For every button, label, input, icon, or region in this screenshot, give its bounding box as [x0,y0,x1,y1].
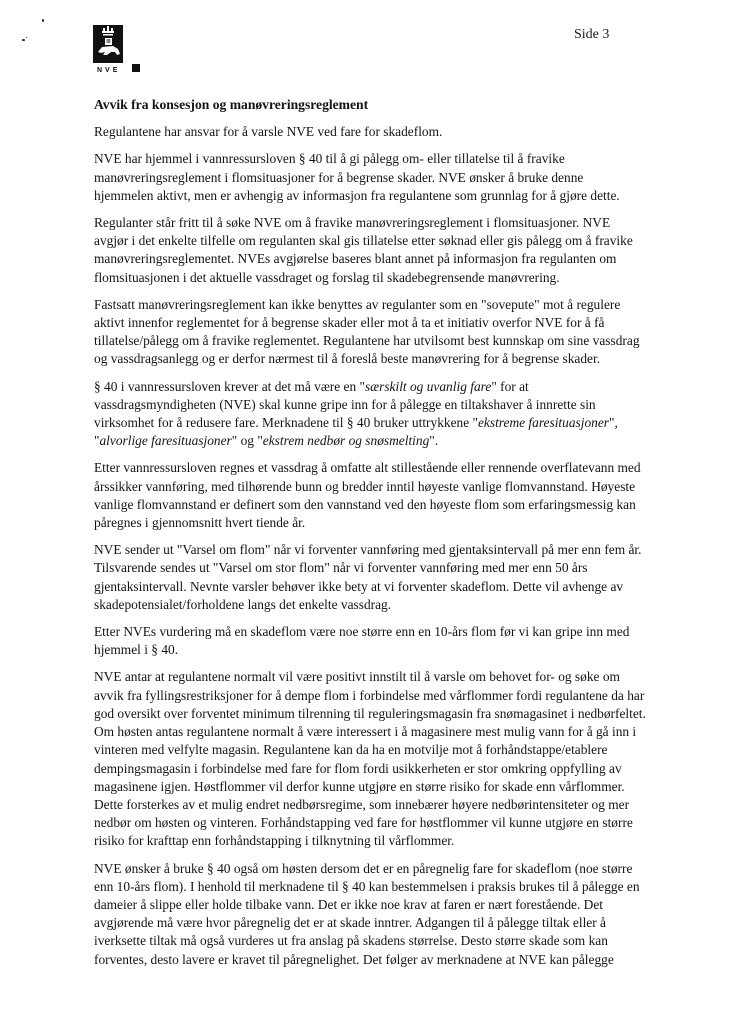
text-line: dempingsmagasin i forbindelse med fare f… [94,760,694,778]
text-line: god oversikt over forventet minimum tilr… [94,705,694,723]
scan-speck [26,37,27,38]
paragraph: Regulantene har ansvar for å varsle NVE … [94,123,694,141]
text-line: "alvorlige faresituasjoner" og "ekstrem … [94,432,694,450]
logo-text: NVE [97,67,120,74]
text-line: NVE ønsker å bruke § 40 også om høsten d… [94,860,694,878]
text-line: § 40 i vannressursloven krever at det må… [94,378,694,396]
text-line: Regulantene har ansvar for å varsle NVE … [94,123,694,141]
text-line: vinteren med velfylte magasin. Regulante… [94,741,694,759]
paragraph: Etter vannressursloven regnes et vassdra… [94,459,694,532]
text-line: vassdragsmyndigheten (NVE) skal kunne gr… [94,396,694,414]
section-heading: Avvik fra konsesjon og manøvreringsregle… [94,96,694,114]
text: ". [429,433,438,448]
text-line: skadepotensialet/forholdene langs det en… [94,596,694,614]
text-line: NVE antar at regulantene normalt vil vær… [94,668,694,686]
text-line: påregnes i gjennomsnitt hvert tiende år. [94,514,694,532]
text-line: NVE har hjemmel i vannressursloven § 40 … [94,150,694,168]
text-line: dameier å slippe eller holde tilbake van… [94,896,694,914]
text-line: Om høsten antas regulantene normalt å væ… [94,723,694,741]
paragraph: Regulanter står fritt til å søke NVE om … [94,214,694,287]
paragraph-section-40: § 40 i vannressursloven krever at det må… [94,378,694,451]
text-line: Etter NVEs vurdering må en skadeflom vær… [94,623,694,641]
text: ", [609,415,618,430]
text-line: NVE sender ut "Varsel om flom" når vi fo… [94,541,694,559]
page-number: Side 3 [574,27,609,43]
text-line: årssikker vannføring, med tilhørende bun… [94,478,694,496]
text-line: hjemmel i § 40. [94,641,694,659]
text-line: forventes, desto lavere er kravet til på… [94,951,694,969]
text-line: Etter vannressursloven regnes et vassdra… [94,459,694,477]
text-line: gjentaksintervall. Nevnte varsler behøve… [94,578,694,596]
text-line: Tilsvarende sendes ut "Varsel om stor fl… [94,559,694,577]
italic-quote: ekstrem nedbør og snøsmelting [263,433,430,448]
paragraph: Fastsatt manøvreringsreglement kan ikke … [94,296,694,369]
text-line: nedbør om høsten og vinteren. Forhåndsta… [94,814,694,832]
paragraph: NVE sender ut "Varsel om flom" når vi fo… [94,541,694,614]
text-line: vanlige flomvannstand er definert som de… [94,496,694,514]
text-line: magasinene igjen. Høstflommer vil derfor… [94,778,694,796]
text-line: avgjør i det enkelte tilfelle om regulan… [94,232,694,250]
logo-square-icon [132,64,140,72]
text-line: risiko for krafttap enn forhåndstapping … [94,832,694,850]
text: " for at [491,379,528,394]
text-line: enn 10-års flom). I henhold til merknade… [94,878,694,896]
text-line: tillatelse/pålegg om å fravike reglement… [94,332,694,350]
text: virksomhet for å redusere fare. Merknade… [94,415,478,430]
paragraph: NVE har hjemmel i vannressursloven § 40 … [94,150,694,205]
text-line: hjemmelen aktivt, men er avhengig av inf… [94,187,694,205]
text-line: Dette forsterkes av et mulig endret nedb… [94,796,694,814]
paragraph: NVE antar at regulantene normalt vil vær… [94,668,694,850]
scan-speck [22,39,25,41]
text-line: og vassdragsanlegg og er derfor nærmest … [94,350,694,368]
text-line: flomsituasjonen i det aktuelle vassdrage… [94,269,694,287]
paragraph: NVE ønsker å bruke § 40 også om høsten d… [94,860,694,969]
nve-logo-icon [93,25,123,63]
text: § 40 i vannressursloven krever at det må… [94,379,365,394]
italic-quote: alvorlige faresituasjoner [99,433,231,448]
text-line: manøvreringsreglementet. NVEs avgjørelse… [94,250,694,268]
italic-quote: ekstreme faresituasjoner [478,415,609,430]
text-line: avvik fra fyllingsrestriksjoner for å de… [94,687,694,705]
scan-speck [42,19,44,22]
text-line: Fastsatt manøvreringsreglement kan ikke … [94,296,694,314]
paragraph: Etter NVEs vurdering må en skadeflom vær… [94,623,694,659]
text-line: manøvreringsreglement i flomsituasjoner … [94,169,694,187]
text-line: aktivt innenfor reglementet for å begren… [94,314,694,332]
document-body: Avvik fra konsesjon og manøvreringsregle… [94,96,694,978]
text-line: Regulanter står fritt til å søke NVE om … [94,214,694,232]
text: " og " [232,433,263,448]
text-line: iverksette tiltak må også vurderes ut fr… [94,932,694,950]
italic-quote: særskilt og uvanlig fare [365,379,491,394]
text-line: virksomhet for å redusere fare. Merknade… [94,414,694,432]
text-line: avgjørende må være hvor påregnelig det e… [94,914,694,932]
